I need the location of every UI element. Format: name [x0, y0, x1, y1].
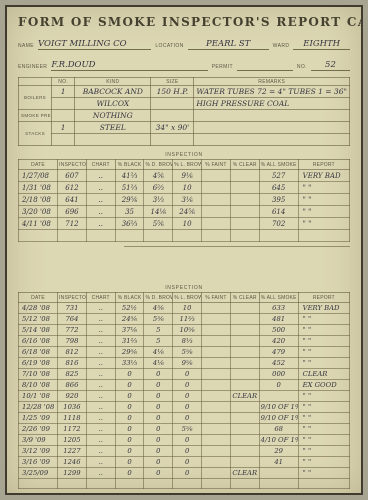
inspection-cell [230, 457, 259, 468]
inspection-cell [259, 468, 298, 479]
inspection-cell [202, 336, 231, 347]
inspection-cell: .. [86, 424, 115, 435]
boilers-row-line2: WILCOX HIGH PRESSURE COAL [19, 98, 350, 110]
inspection-cell: 0 [144, 369, 173, 380]
boilers-remarks-line2: HIGH PRESSURE COAL [194, 98, 350, 110]
inspection-cell: .. [86, 435, 115, 446]
inspection-cell: 8/10 '08 [19, 380, 58, 391]
inspection-cell: 0 [144, 402, 173, 413]
empty-cell [298, 230, 349, 242]
inspection-cell [202, 218, 231, 230]
empty-cell [58, 479, 87, 489]
inspection-cell [202, 413, 231, 424]
inspection-cell [202, 402, 231, 413]
inspection-cell: 6/18 '08 [19, 347, 58, 358]
inspection-cell [202, 314, 231, 325]
column-header: % L. BROWN [173, 160, 202, 170]
inspection-row: 1/31 '08612..51⅔6⅔10645" " [19, 182, 350, 194]
inspection-cell: 420 [259, 336, 298, 347]
column-header: % ALL SMOKE [259, 160, 298, 170]
inspection-cell: 641 [58, 194, 87, 206]
inspection-cell: 816 [58, 358, 87, 369]
scanned-page: FORM OF SMOKE INSPECTOR'S REPORT CARD Na… [0, 0, 368, 500]
empty-cell [86, 479, 115, 489]
inspection-cell: 1205 [58, 435, 87, 446]
table1-bottom-rule [124, 246, 350, 247]
remarks-column-header: REMARKS [194, 78, 350, 86]
stacks-empty-4 [194, 134, 350, 146]
inspection-cell [202, 182, 231, 194]
inspection-cell [230, 314, 259, 325]
boilers-size: 150 H.P. [151, 86, 194, 98]
inspection-cell: 0 [115, 402, 144, 413]
inspection-cell [230, 170, 259, 182]
inspection-cell: 41⅔ [115, 170, 144, 182]
inspection-cell: 0 [173, 402, 202, 413]
empty-cell [19, 479, 58, 489]
stacks-count: 1 [52, 122, 75, 134]
name-value: VOIGT MILLING CO [38, 38, 151, 50]
inspection-cell: 12/28 '08 [19, 402, 58, 413]
kind-column-header: KIND [75, 78, 151, 86]
inspection-cell: " " [298, 446, 349, 457]
stacks-label: Stacks [19, 122, 52, 146]
empty-cell [19, 230, 58, 242]
inspection-cell [230, 424, 259, 435]
inspection-cell: " " [298, 413, 349, 424]
inspection-cell: 4⅚ [144, 170, 173, 182]
inspection-cell: " " [298, 358, 349, 369]
inspection-row: 4/28 '08731..52½4⅚10633VERY BAD [19, 303, 350, 314]
boilers-kind: BABCOCK AND [75, 86, 151, 98]
inspection-cell: VERY BAD [298, 170, 349, 182]
empty-cell [259, 479, 298, 489]
inspection-cell: " " [298, 402, 349, 413]
inspection-cell: 0 [115, 369, 144, 380]
inspection-cell [202, 194, 231, 206]
inspection-cell [230, 194, 259, 206]
inspection-cell: " " [298, 325, 349, 336]
inspection-row: 8/10 '08866..0000EX GOOD [19, 380, 350, 391]
inspection-cell: " " [298, 194, 349, 206]
inspection-cell: 866 [58, 380, 87, 391]
smoke-preventers-size [151, 110, 194, 122]
inspection-cell: 0 [144, 380, 173, 391]
empty-cell [230, 230, 259, 242]
inspection-cell: 920 [58, 391, 87, 402]
inspection-cell [230, 402, 259, 413]
inspection-cell: 702 [259, 218, 298, 230]
inspection-cell: 4⅙ [144, 358, 173, 369]
inspection-cell: 633 [259, 303, 298, 314]
inspection-cell: 1118 [58, 413, 87, 424]
inspection-cell: 1036 [58, 402, 87, 413]
inspection-row: 6/18 '08812..29⅚4⅙5⅚479" " [19, 347, 350, 358]
smoke-preventers-row: Smoke Preventers NOTHING [19, 110, 350, 122]
empty-row [19, 230, 350, 242]
empty-row [19, 479, 350, 489]
inspection-cell: .. [86, 468, 115, 479]
inspection-cell: .. [86, 402, 115, 413]
inspection-cell: CLEAR [230, 391, 259, 402]
inspection-cell: 2/26 '09 [19, 424, 58, 435]
inspection-cell: 1172 [58, 424, 87, 435]
inspection-cell: 0 [115, 424, 144, 435]
no-label: No. [297, 64, 307, 71]
inspection-cell [230, 325, 259, 336]
inspection-cell: " " [298, 182, 349, 194]
empty-cell [298, 479, 349, 489]
inspection-cell: 5⅚ [173, 347, 202, 358]
inspection-cell: 68 [259, 424, 298, 435]
inspection-cell [230, 303, 259, 314]
inspection-cell [230, 182, 259, 194]
inspection-cell: 4/10 OF 1% [259, 435, 298, 446]
inspection-cell [230, 380, 259, 391]
inspection-cell: 395 [259, 194, 298, 206]
empty-cell [259, 230, 298, 242]
inspection-cell [202, 358, 231, 369]
inspection-cell [202, 206, 231, 218]
inspection-row: 3/12 '091227..00029" " [19, 446, 350, 457]
stacks-empty-1 [52, 134, 75, 146]
inspection-cell: VERY BAD [298, 303, 349, 314]
field-row-1: Name VOIGT MILLING CO Location PEARL ST … [18, 37, 350, 50]
inspection-cell [202, 457, 231, 468]
inspection-cell: 4/11 '08 [19, 218, 58, 230]
inspection-cell: .. [86, 369, 115, 380]
empty-cell [173, 479, 202, 489]
inspection-cell: 731 [58, 303, 87, 314]
inspection-cell: 1227 [58, 446, 87, 457]
inspection-cell [202, 170, 231, 182]
inspection-cell: 29⅚ [115, 347, 144, 358]
inspection-caption-2: INSPECTION [18, 285, 350, 291]
inspection-row: 3/25/091299..000CLEAR" " [19, 468, 350, 479]
column-header: INSPECTOR [58, 293, 87, 303]
card-title: FORM OF SMOKE INSPECTOR'S REPORT CARD [18, 15, 350, 29]
column-header: CHART [86, 160, 115, 170]
inspection-cell: 3⅓ [144, 194, 173, 206]
column-header: % CLEAR [230, 160, 259, 170]
inspection-cell [259, 391, 298, 402]
inspection-cell: 10 [173, 303, 202, 314]
inspection-cell: 0 [115, 413, 144, 424]
inspection-cell: 1/25 '09 [19, 413, 58, 424]
inspection-cell: .. [86, 194, 115, 206]
column-header: % BLACK [115, 293, 144, 303]
inspection-row: 5/12 '08764..24⅚5⅚11⅔481" " [19, 314, 350, 325]
permit-label: Permit [212, 64, 233, 71]
smoke-preventers-remarks [194, 110, 350, 122]
inspection-cell: 452 [259, 358, 298, 369]
empty-cell [115, 479, 144, 489]
empty-cell [86, 230, 115, 242]
inspection-row: 2/18 '08641..29⅚3⅓3⅙395" " [19, 194, 350, 206]
ward-label: Ward [273, 43, 290, 50]
ward-value: EIGHTH [293, 38, 350, 50]
equipment-table: NO. KIND SIZE REMARKS Boilers 1 BABCOCK … [18, 77, 350, 146]
inspection-cell: 10 [173, 218, 202, 230]
column-header: DATE [19, 293, 58, 303]
inspection-row: 5/14 '08772..37⅙510⅚500" " [19, 325, 350, 336]
location-label: Location [155, 43, 183, 50]
inspection-row: 1/25 '091118..0009/10 OF 1%" " [19, 413, 350, 424]
column-header: INSPECTOR [58, 160, 87, 170]
inspection-cell: 35 [115, 206, 144, 218]
inspection-cell: 0 [144, 391, 173, 402]
location-value: PEARL ST [188, 38, 269, 50]
inspection-row: 7/10 '08825..000000CLEAR [19, 369, 350, 380]
empty-cell [202, 230, 231, 242]
inspection-cell: 0 [259, 380, 298, 391]
inspection-cell: 500 [259, 325, 298, 336]
inspection-cell: 1299 [58, 468, 87, 479]
column-header: % D. BROWN [144, 160, 173, 170]
inspection-cell: " " [298, 347, 349, 358]
permit-value [237, 59, 293, 71]
inspection-cell: 0 [115, 457, 144, 468]
inspection-cell [230, 358, 259, 369]
inspection-cell: 0 [173, 369, 202, 380]
inspection-row: 3/9 '091205..0004/10 OF 1%" " [19, 435, 350, 446]
inspection-row: 4/11 '08712..36⅔5⅚10702" " [19, 218, 350, 230]
column-header: CHART [86, 293, 115, 303]
table2-bottom-rule [124, 493, 350, 494]
empty-cell [115, 230, 144, 242]
empty-cell [173, 230, 202, 242]
inspection-row: 10/1 '08920..000CLEAR" " [19, 391, 350, 402]
stacks-empty-3 [151, 134, 194, 146]
inspection-cell: 0 [115, 446, 144, 457]
inspection-cell [202, 446, 231, 457]
inspection-cell: 5 [144, 325, 173, 336]
column-header: % FAINT [202, 293, 231, 303]
empty-cell [144, 479, 173, 489]
inspection-cell: 0 [144, 435, 173, 446]
empty-cell [230, 479, 259, 489]
stacks-row-line2 [19, 134, 350, 146]
inspection-cell: 0 [173, 468, 202, 479]
inspection-cell: 52½ [115, 303, 144, 314]
boilers-count-2 [52, 98, 75, 110]
inspection-cell: .. [86, 446, 115, 457]
inspection-cell [230, 336, 259, 347]
inspection-cell: 1/27/08 [19, 170, 58, 182]
inspection-table-1: DATEINSPECTORCHART% BLACK% D. BROWN% L. … [18, 159, 350, 242]
inspection-cell: 5 [144, 336, 173, 347]
inspection-cell: 825 [58, 369, 87, 380]
inspection-cell: 0 [173, 457, 202, 468]
inspection-cell: 000 [259, 369, 298, 380]
inspection-cell: 812 [58, 347, 87, 358]
report-card: FORM OF SMOKE INSPECTOR'S REPORT CARD Na… [5, 5, 363, 495]
column-header: % ALL SMOKE [259, 293, 298, 303]
inspection-cell: 11⅔ [173, 314, 202, 325]
inspection-cell: " " [298, 468, 349, 479]
inspection-cell: 41 [259, 457, 298, 468]
inspection-cell [230, 347, 259, 358]
inspection-cell: 0 [173, 413, 202, 424]
inspection-cell: 3/20 '08 [19, 206, 58, 218]
inspection-cell: 24⅚ [115, 314, 144, 325]
boilers-kind-2: WILCOX [75, 98, 151, 110]
smoke-preventers-count [52, 110, 75, 122]
inspection-cell: 0 [173, 435, 202, 446]
inspection-cell: 29⅚ [115, 194, 144, 206]
inspection-cell: 37⅙ [115, 325, 144, 336]
inspection-cell [230, 413, 259, 424]
inspection-cell: 0 [144, 468, 173, 479]
no-column-header: NO. [52, 78, 75, 86]
inspection-cell: 0 [144, 413, 173, 424]
inspection-cell: 5⅚ [144, 218, 173, 230]
inspection-cell: 4⅙ [144, 347, 173, 358]
column-header: REPORT [298, 160, 349, 170]
inspection-cell: 3/25/09 [19, 468, 58, 479]
inspection-cell: 6/16 '08 [19, 336, 58, 347]
inspection-cell: 5/14 '08 [19, 325, 58, 336]
empty-cell [144, 230, 173, 242]
inspection-cell [230, 446, 259, 457]
inspection-cell: 7/10 '08 [19, 369, 58, 380]
inspection-cell: 3⅙ [173, 194, 202, 206]
inspection-cell: 4/28 '08 [19, 303, 58, 314]
inspection-cell: 14⅙ [144, 206, 173, 218]
engineer-label: Engineer [18, 64, 47, 71]
inspection-header-row: DATEINSPECTORCHART% BLACK% D. BROWN% L. … [19, 160, 350, 170]
equipment-header-row: NO. KIND SIZE REMARKS [19, 78, 350, 86]
smoke-preventers-label: Smoke Preventers [19, 110, 52, 122]
inspection-cell [202, 325, 231, 336]
inspection-cell [202, 468, 231, 479]
inspection-cell: " " [298, 424, 349, 435]
stacks-size: 34" x 90' [151, 122, 194, 134]
inspection-cell: 10⅚ [173, 325, 202, 336]
inspection-cell: 2/18 '08 [19, 194, 58, 206]
inspection-cell: 527 [259, 170, 298, 182]
inspection-cell: " " [298, 435, 349, 446]
inspection-cell: .. [86, 182, 115, 194]
inspection-cell: 5/12 '08 [19, 314, 58, 325]
inspection-cell: .. [86, 314, 115, 325]
inspection-cell: 645 [259, 182, 298, 194]
column-header: % BLACK [115, 160, 144, 170]
inspection-cell: 9⅙ [173, 170, 202, 182]
inspection-cell: 5⅚ [144, 314, 173, 325]
inspection-cell: 0 [115, 468, 144, 479]
inspection-caption-1: INSPECTION [18, 152, 350, 158]
column-header: % FAINT [202, 160, 231, 170]
inspection-cell: 9⅚ [173, 358, 202, 369]
inspection-cell [202, 380, 231, 391]
inspection-cell: .. [86, 413, 115, 424]
inspection-cell: .. [86, 170, 115, 182]
inspection-cell: 0 [115, 391, 144, 402]
inspection-cell: .. [86, 358, 115, 369]
inspection-cell [230, 218, 259, 230]
inspection-cell: 772 [58, 325, 87, 336]
boilers-row-line1: Boilers 1 BABCOCK AND 150 H.P. WATER TUB… [19, 86, 350, 98]
inspection-cell: 31⅔ [115, 336, 144, 347]
inspection-cell: 712 [58, 218, 87, 230]
inspection-cell: 0 [173, 391, 202, 402]
inspection-row: 3/20 '08696..3514⅙24⅚614" " [19, 206, 350, 218]
boilers-remarks-line1: WATER TUBES 72 = 4" TUBES 1 = 36" DRUM [194, 86, 350, 98]
column-header: % CLEAR [230, 293, 259, 303]
inspection-cell: 36⅔ [115, 218, 144, 230]
column-header: % D. BROWN [144, 293, 173, 303]
boilers-size-2 [151, 98, 194, 110]
inspection-row: 6/19 '08816..33⅓4⅙9⅚452" " [19, 358, 350, 369]
inspection-cell: 0 [144, 457, 173, 468]
inspection-cell: 24⅚ [173, 206, 202, 218]
inspection-cell: 3/16 '09 [19, 457, 58, 468]
inspection-cell: 696 [58, 206, 87, 218]
inspection-cell: 8⅓ [173, 336, 202, 347]
inspection-cell: 612 [58, 182, 87, 194]
inspection-cell: " " [298, 206, 349, 218]
inspection-cell: 29 [259, 446, 298, 457]
inspection-cell [202, 391, 231, 402]
inspection-cell: 5⅚ [173, 424, 202, 435]
name-label: Name [18, 43, 34, 50]
inspection-cell: 1/31 '08 [19, 182, 58, 194]
field-row-2: Engineer F.R.DOUD Permit No. 52 [18, 58, 350, 71]
inspection-cell: 479 [259, 347, 298, 358]
inspection-cell: .. [86, 336, 115, 347]
inspection-cell [202, 424, 231, 435]
engineer-value: F.R.DOUD [51, 59, 207, 71]
stacks-remarks [194, 122, 350, 134]
stacks-row-line1: Stacks 1 STEEL 34" x 90' [19, 122, 350, 134]
inspection-table-2: DATEINSPECTORCHART% BLACK% D. BROWN% L. … [18, 292, 350, 489]
inspection-cell: 51⅔ [115, 182, 144, 194]
inspection-cell: CLEAR [230, 468, 259, 479]
inspection-cell [202, 435, 231, 446]
inspection-cell: 481 [259, 314, 298, 325]
inspection-cell: 614 [259, 206, 298, 218]
inspection-cell: .. [86, 457, 115, 468]
boilers-label: Boilers [19, 86, 52, 110]
empty-cell [202, 479, 231, 489]
inspection-cell: .. [86, 303, 115, 314]
inspection-cell: " " [298, 391, 349, 402]
inspection-cell: 6/19 '08 [19, 358, 58, 369]
size-column-header: SIZE [151, 78, 194, 86]
inspection-cell: " " [298, 218, 349, 230]
inspection-cell: 3/12 '09 [19, 446, 58, 457]
column-header: DATE [19, 160, 58, 170]
inspection-cell: .. [86, 391, 115, 402]
inspection-cell: 0 [173, 380, 202, 391]
empty-cell [58, 230, 87, 242]
inspection-cell: 764 [58, 314, 87, 325]
inspection-cell: 10 [173, 182, 202, 194]
inspection-cell: 0 [144, 424, 173, 435]
smoke-preventers-kind: NOTHING [75, 110, 151, 122]
inspection-cell: .. [86, 218, 115, 230]
column-header: % L. BROWN [173, 293, 202, 303]
inspection-cell: 6⅔ [144, 182, 173, 194]
inspection-cell: 0 [144, 446, 173, 457]
inspection-cell [230, 435, 259, 446]
inspection-row: 1/27/08607..41⅔4⅚9⅙527VERY BAD [19, 170, 350, 182]
inspection-cell: 4⅚ [144, 303, 173, 314]
inspection-row: 12/28 '081036..0009/10 OF 1%" " [19, 402, 350, 413]
inspection-cell: .. [86, 347, 115, 358]
inspection-cell: " " [298, 457, 349, 468]
